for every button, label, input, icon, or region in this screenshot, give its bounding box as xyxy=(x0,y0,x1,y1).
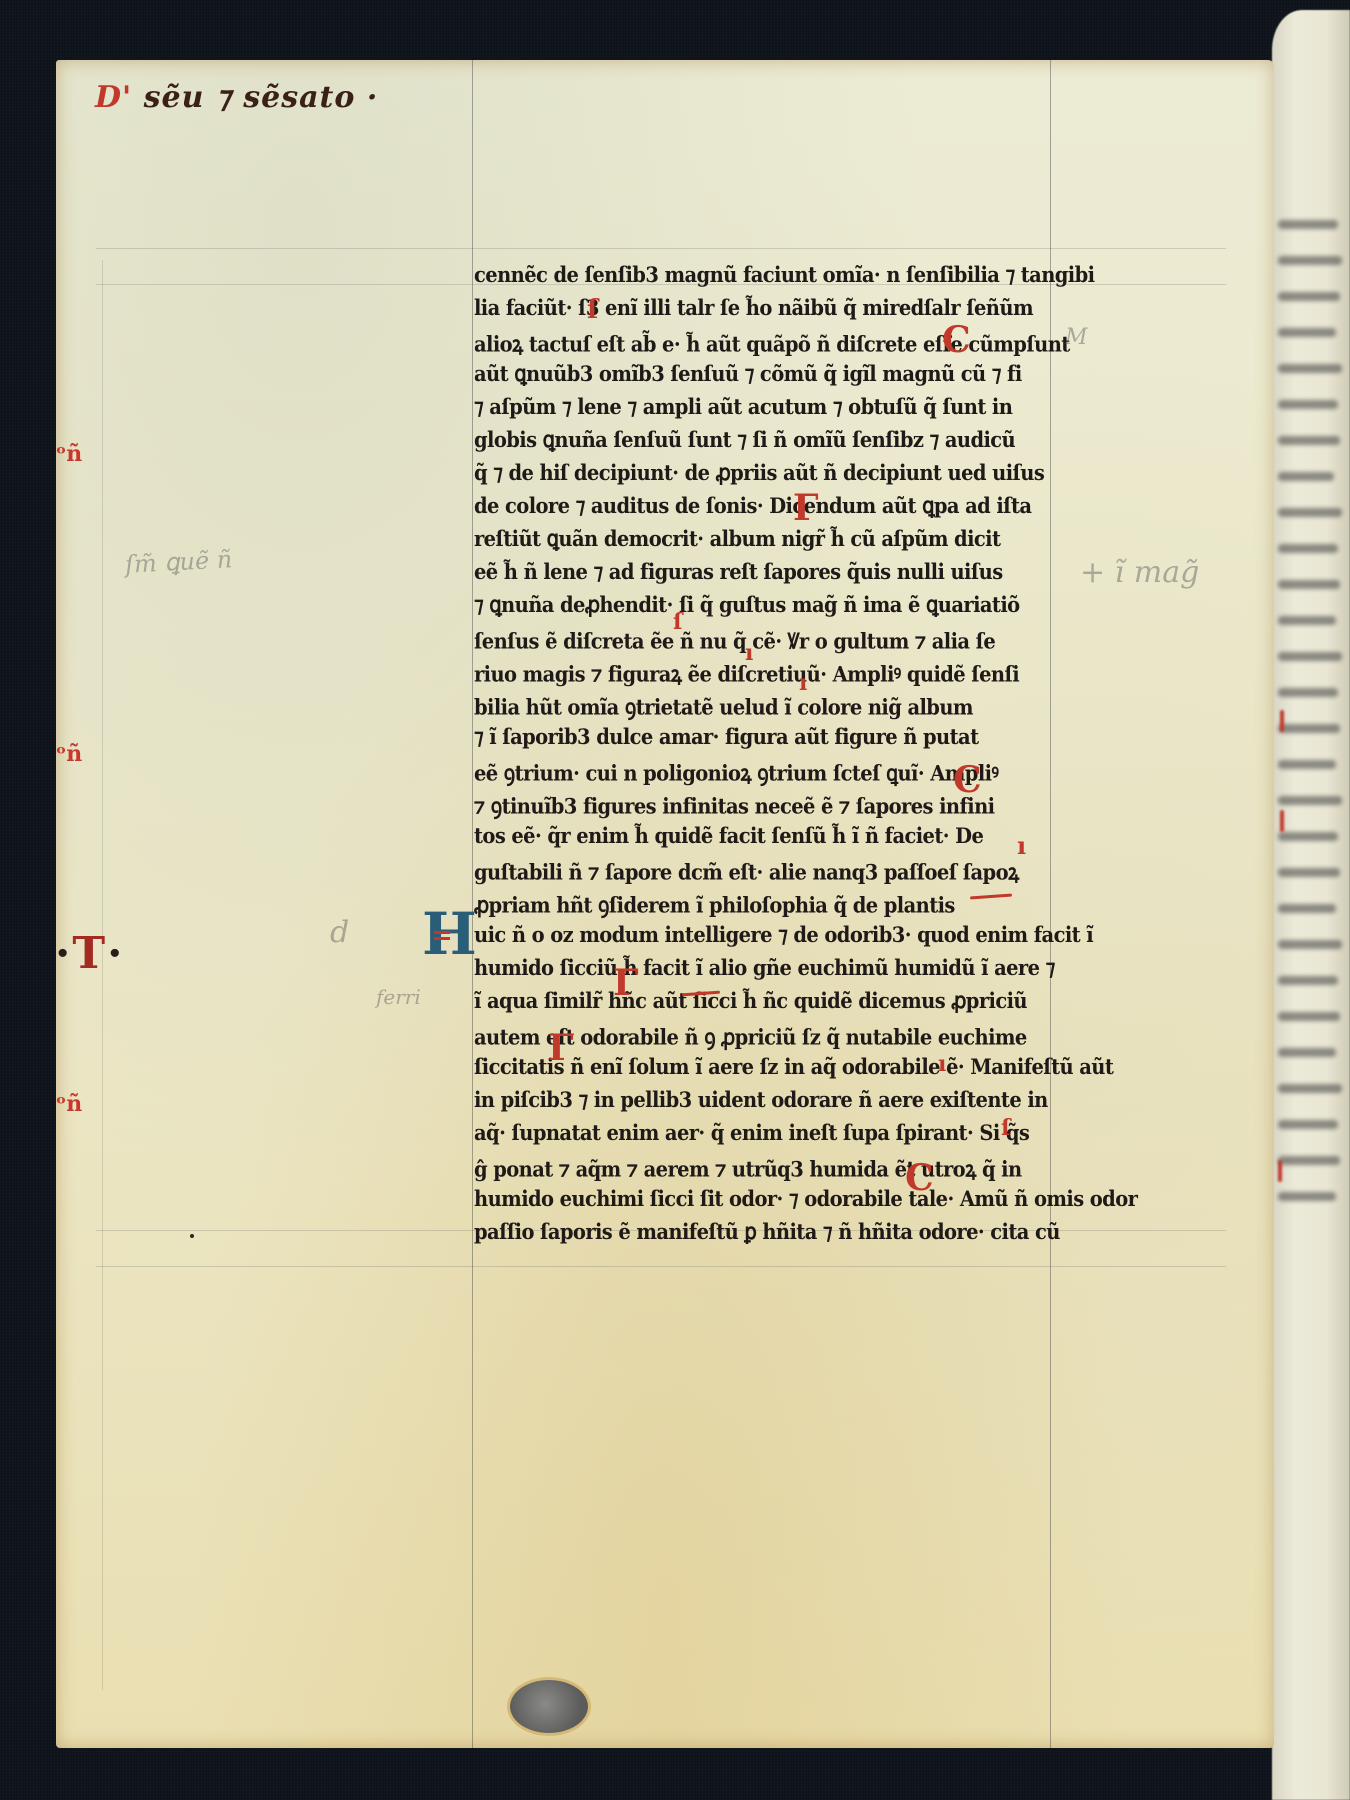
marker-letter: T xyxy=(72,928,107,979)
decorated-initial-h: H xyxy=(422,905,472,967)
rubric-paraph-mark: Γ xyxy=(793,490,819,526)
pencil-note-left: ſm̃ ꝗuẽ ñ xyxy=(124,545,233,579)
rubric-paraph-mark: Γ xyxy=(613,965,639,1001)
rubric-paraph-mark: Γ xyxy=(548,1030,574,1066)
running-header: D' sẽu ⁊ sẽsato · xyxy=(95,80,378,115)
ruling-top-1 xyxy=(96,248,1226,249)
pencil-note-left: ferri xyxy=(376,985,421,1009)
rubric-paraph-mark: ı xyxy=(938,1046,946,1082)
pencil-note-right: + ĩ mag̃ xyxy=(1080,555,1199,590)
rubric-paraph-mark: ſ xyxy=(673,604,682,640)
margin-section-marker: ·T· xyxy=(55,928,124,979)
rubric-paraph-mark: ı xyxy=(1017,828,1026,864)
parchment-hole xyxy=(510,1680,588,1733)
initial-red-flourish xyxy=(434,931,450,934)
marker-dot: · xyxy=(107,928,124,979)
ruling-right-column xyxy=(1050,60,1051,1748)
rubric-paraph-mark: ſ xyxy=(587,292,598,328)
pencil-note-right: M xyxy=(1065,325,1088,350)
margin-red-mark: ᵒñ xyxy=(56,445,76,463)
running-header-text: sẽu ⁊ sẽsato · xyxy=(132,80,378,115)
margin-red-mark: ᵒñ xyxy=(56,745,76,763)
rubric-paraph-mark: C xyxy=(953,762,982,798)
running-header-rubric: D' xyxy=(95,80,132,115)
text-line: paſſio ſaporis ẽ manifeſtũ ꝑ hñita ⁊ ñ h… xyxy=(474,1219,1060,1257)
initial-letter: H xyxy=(422,900,477,968)
facing-leaf-edge xyxy=(1272,10,1350,1800)
ink-speck xyxy=(190,1234,194,1238)
rubric-paraph-mark: ſ xyxy=(1001,1110,1010,1146)
ruling-bottom-2 xyxy=(96,1266,1226,1267)
marker-dot: · xyxy=(55,928,72,979)
pencil-note-left: d xyxy=(330,915,349,950)
rubric-paraph-mark: C xyxy=(942,322,971,358)
rubric-paraph-mark: ı xyxy=(799,665,807,701)
margin-red-mark: ᵒñ xyxy=(56,1095,76,1113)
rubric-paraph-mark: C xyxy=(905,1160,934,1196)
rubric-paraph-mark: ı xyxy=(745,635,753,671)
